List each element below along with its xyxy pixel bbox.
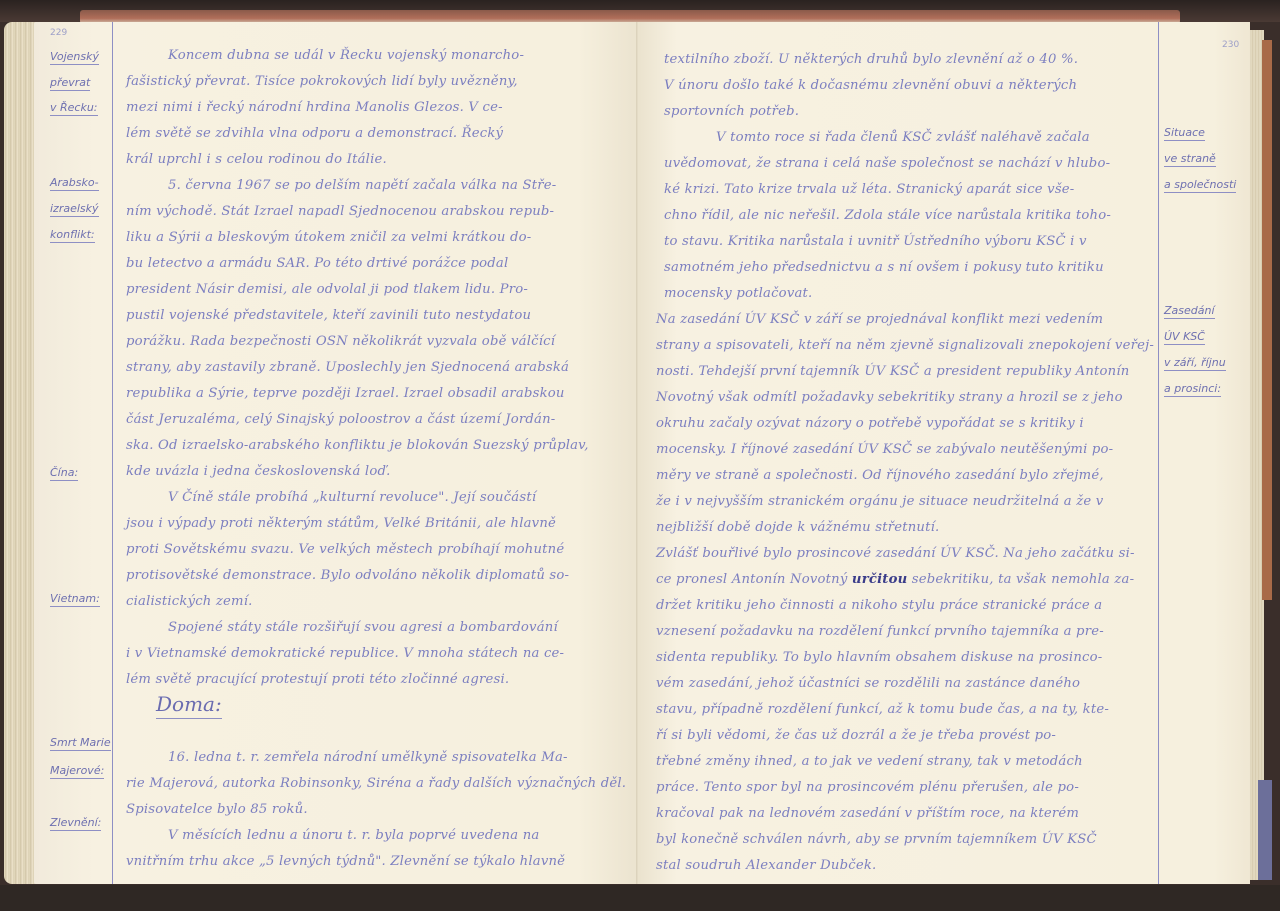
margin-label: v Řecku: <box>50 101 98 116</box>
text-line: že i v nejvyšším stranickém orgánu je si… <box>656 494 1103 509</box>
book-cover-bottom <box>0 885 1280 911</box>
margin-label: ÚV KSČ <box>1164 330 1205 345</box>
text-line: vém zasedání, jehož účastníci se rozděli… <box>656 676 1080 691</box>
page-stack-left <box>4 22 36 884</box>
text-line: V tomto roce si řada členů KSČ zvlášť na… <box>716 130 1090 145</box>
text-line: Novotný však odmítl požadavky sebekritik… <box>656 390 1123 405</box>
text-line: 16. ledna t. r. zemřela národní umělkyně… <box>168 750 568 765</box>
margin-label: Zasedání <box>1164 304 1215 319</box>
text-line: držet kritiku jeho činnosti a nikoho sty… <box>656 598 1102 613</box>
text-line: kde uvázla i jedna československá loď. <box>126 464 391 479</box>
page-number: 230 <box>1222 40 1239 50</box>
text-line: chno řídil, ale nic neřešil. Zdola stále… <box>664 208 1111 223</box>
text-line: nosti. Tehdejší první tajemník ÚV KSČ a … <box>656 364 1129 379</box>
text-line: sportovních potřeb. <box>664 104 799 119</box>
text-line: uvědomovat, že strana i celá naše společ… <box>664 156 1110 171</box>
text-line: stal soudruh Alexander Dubček. <box>656 858 876 873</box>
text-line: samotném jeho předsednictvu a s ní ovšem… <box>664 260 1104 275</box>
page-number: 229 <box>50 28 67 38</box>
margin-label: převrat <box>50 76 90 91</box>
text-line: porážku. Rada bezpečnosti OSN několikrát… <box>126 334 555 349</box>
text-line: ska. Od izraelsko-arabského konfliktu je… <box>126 438 589 453</box>
text-line: V únoru došlo také k dočasnému zlevnění … <box>664 78 1077 93</box>
text-line: třebné změny ihned, a to jak ve vedení s… <box>656 754 1083 769</box>
text-line: 5. června 1967 se po delším napětí začal… <box>168 178 556 193</box>
text-line: proti Sovětskému svazu. Ve velkých měste… <box>126 542 564 557</box>
text-line: lém světě pracující protestují proti tét… <box>126 672 509 687</box>
margin-label: Vojenský <box>50 50 99 65</box>
margin-label: Zlevnění: <box>50 816 101 831</box>
margin-label: Smrt Marie <box>50 736 111 751</box>
margin-label: izraelský <box>50 202 99 217</box>
book-cover-edge <box>1262 40 1272 600</box>
text-line: práce. Tento spor byl na prosincovém plé… <box>656 780 1079 795</box>
text-line: republika a Sýrie, teprve později Izrael… <box>126 386 565 401</box>
margin-label: ve straně <box>1164 152 1216 167</box>
book-cover-corner <box>1258 780 1272 880</box>
margin-label: Situace <box>1164 126 1205 141</box>
text-line: Spisovatelce bylo 85 roků. <box>126 802 308 817</box>
text-line: bu letectvo a armádu SAR. Po této drtivé… <box>126 256 508 271</box>
text-line: král uprchl i s celou rodinou do Itálie. <box>126 152 387 167</box>
text-line: fašistický převrat. Tisíce pokrokových l… <box>126 74 518 89</box>
text-line: Koncem dubna se udál v Řecku vojenský mo… <box>168 48 524 63</box>
text-line: textilního zboží. U některých druhů bylo… <box>664 52 1078 67</box>
text-line: ním východě. Stát Izrael napadl Sjednoce… <box>126 204 554 219</box>
text-line: mezi nimi i řecký národní hrdina Manolis… <box>126 100 503 115</box>
text-line: nejbližší době dojde k vážnému střetnutí… <box>656 520 939 535</box>
text-line: protisovětské demonstrace. Bylo odvoláno… <box>126 568 569 583</box>
text-line: cialistických zemí. <box>126 594 253 609</box>
text-line: jsou i výpady proti některým státům, Vel… <box>126 516 556 531</box>
text-line: strany, aby zastavily zbraně. Uposlechly… <box>126 360 569 375</box>
text-line: pustil vojenské představitele, kteří zav… <box>126 308 531 323</box>
margin-label: a společnosti <box>1164 178 1236 193</box>
text-line: Na zasedání ÚV KSČ v září se projednával… <box>656 312 1103 327</box>
section-heading: Doma: <box>156 692 222 719</box>
margin-label: Čína: <box>50 466 78 481</box>
text-line: strany a spisovateli, kteří na něm zjevn… <box>656 338 1154 353</box>
text-line: kračoval pak na lednovém zasedání v příš… <box>656 806 1079 821</box>
margin-label: v září, říjnu <box>1164 356 1226 371</box>
margin-label: a prosinci: <box>1164 382 1221 397</box>
text-line: vnitřním trhu akce „5 levných týdnů". Zl… <box>126 854 565 869</box>
text-line: vznesení požadavku na rozdělení funkcí p… <box>656 624 1104 639</box>
margin-line <box>1158 22 1159 884</box>
text-line: Zvlášť bouřlivé bylo prosincové zasedání… <box>656 546 1135 561</box>
text-line: měry ve straně a společnosti. Od říjnové… <box>656 468 1104 483</box>
text-line: část Jeruzaléma, celý Sinajský poloostro… <box>126 412 555 427</box>
text-line: i v Vietnamské demokratické republice. V… <box>126 646 564 661</box>
text-line: mocensky potlačovat. <box>664 286 812 301</box>
text-line: byl konečně schválen návrh, aby se první… <box>656 832 1097 847</box>
text-line: lém světě se zdvihla vlna odporu a demon… <box>126 126 503 141</box>
text-line: president Násir demisi, ale odvolal ji p… <box>126 282 528 297</box>
text-line: V Číně stále probíhá „kulturní revoluce"… <box>168 490 536 505</box>
margin-label: Arabsko- <box>50 176 99 191</box>
margin-label: Majerové: <box>50 764 104 779</box>
margin-line <box>112 22 113 884</box>
text-line: to stavu. Kritika narůstala i uvnitř Úst… <box>664 234 1087 249</box>
text-line: mocensky. I říjnové zasedání ÚV KSČ se z… <box>656 442 1113 457</box>
margin-label: konflikt: <box>50 228 95 243</box>
text-line: stavu, případně rozdělení funkcí, až k t… <box>656 702 1109 717</box>
text-line: sidenta republiky. To bylo hlavním obsah… <box>656 650 1102 665</box>
text-line: ké krizi. Tato krize trvala už léta. Str… <box>664 182 1074 197</box>
text-line: rie Majerová, autorka Robinsonky, Siréna… <box>126 776 626 791</box>
emphasized-word: určitou <box>852 572 907 587</box>
text-line: Spojené státy stále rozšiřují svou agres… <box>168 620 558 635</box>
text-line: V měsících lednu a únoru t. r. byla popr… <box>168 828 539 843</box>
text-line: liku a Sýrii a bleskovým útokem zničil z… <box>126 230 531 245</box>
text-line: okruhu začaly ozývat názory o potřebě vy… <box>656 416 1084 431</box>
margin-label: Vietnam: <box>50 592 100 607</box>
text-line: ří si byli vědomi, že čas už dozrál a že… <box>656 728 1056 743</box>
text-line: ce pronesl Antonín Novotný určitou sebek… <box>656 572 1134 587</box>
